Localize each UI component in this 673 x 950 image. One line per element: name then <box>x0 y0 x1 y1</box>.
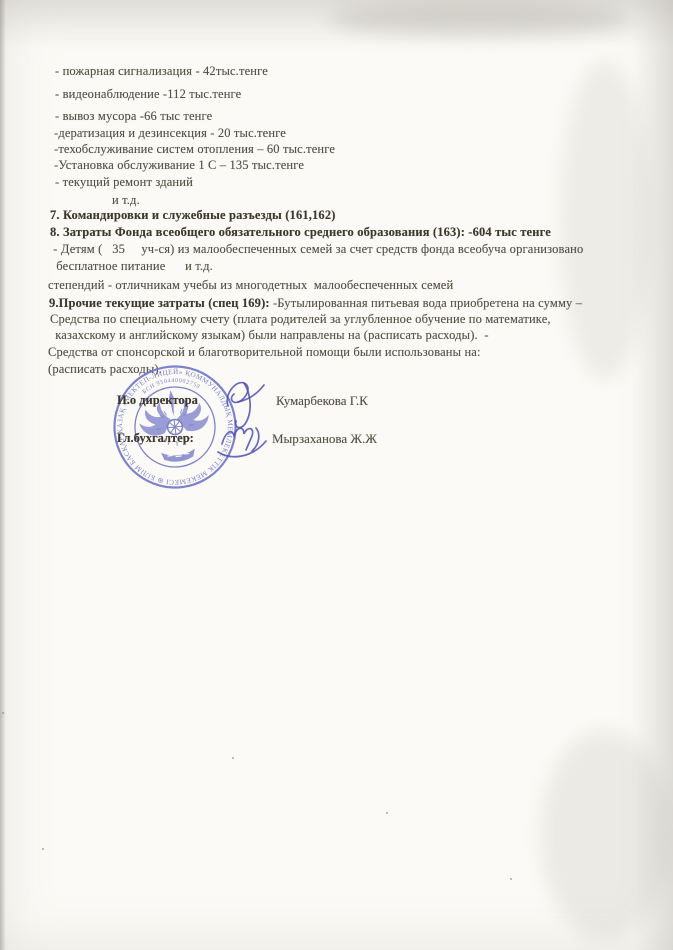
text-line-6: - текущий ремонт зданий <box>55 175 193 189</box>
text-line-9: 8. Затраты Фонда всеобщего обязательного… <box>50 225 551 239</box>
text-line-16: Средства от спонсорской и благотворитель… <box>48 345 481 359</box>
text-line-7: и т.д. <box>112 193 140 207</box>
speck <box>386 812 388 814</box>
text-line-12: степендий - отличникам учебы из многодет… <box>48 278 453 292</box>
text-line-15: казахскому и английскому языкам) были на… <box>52 328 489 342</box>
text-line-1: - видеонаблюдение -112 тыс.тенге <box>55 87 241 101</box>
text-line-5: -Установка обслуживание 1 С – 135 тыс.те… <box>54 158 304 172</box>
scanned-page: - пожарная сигнализация - 42тыс.тенге- в… <box>0 0 673 950</box>
accountant-role-label: Гл.бухгалтер: <box>117 431 194 446</box>
speck <box>232 757 234 759</box>
text-line-4: -техобслуживание систем отопления – 60 т… <box>54 142 335 156</box>
text-line-0: - пожарная сигнализация - 42тыс.тенге <box>55 64 268 78</box>
text-line-14: Средства по специальному счету (плата ро… <box>50 312 551 326</box>
scan-artifact-blob <box>330 2 630 36</box>
scan-artifact-blob <box>560 60 650 380</box>
text-line-10: - Детям ( 35 уч-ся) из малообеспеченных … <box>50 242 583 256</box>
text-line-13: 9.Прочие текущие затраты (спец 169): -Бу… <box>49 296 582 310</box>
speck <box>2 712 4 714</box>
accountant-signature <box>218 428 266 457</box>
director-signature <box>227 383 264 428</box>
director-role-label: И.о директора <box>117 393 198 408</box>
text-line-3: -дератизация и дезинсекция - 20 тыс.тенг… <box>54 126 286 140</box>
text-line-2: - вывоз мусора -66 тыс тенге <box>55 109 212 123</box>
signatures <box>198 372 308 467</box>
scan-artifact-left-edge <box>0 0 6 950</box>
scan-artifact-blob <box>540 730 670 940</box>
speck <box>42 848 44 850</box>
text-line-8: 7. Командировки и служебные разъезды (16… <box>50 208 336 222</box>
speck <box>510 878 512 880</box>
text-line-11: бесплатное питание и т.д. <box>53 259 213 273</box>
